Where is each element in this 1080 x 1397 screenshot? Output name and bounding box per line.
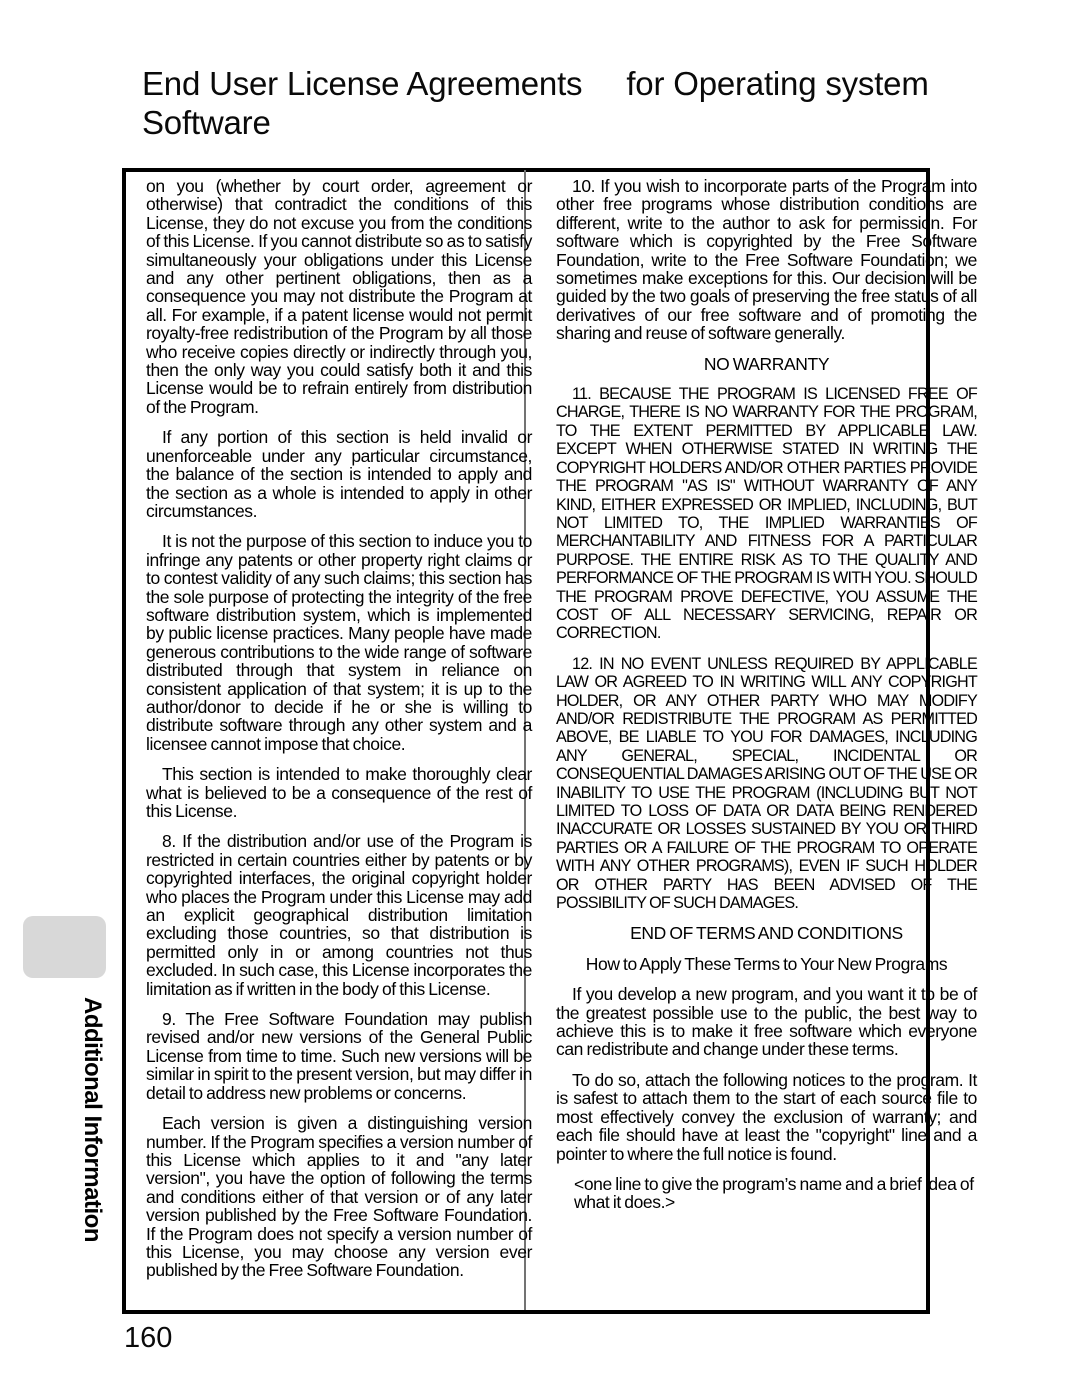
license-text-left-column: on you (whether by court order, agreemen… (146, 177, 532, 1292)
paragraph: 12. IN NO EVENT UNLESS REQUIRED BY APPLI… (556, 655, 977, 913)
paragraph: END OF TERMS AND CONDITIONS (556, 924, 977, 942)
page-title-line1: End User License Agreementsfor Operating… (142, 64, 929, 103)
page-title: End User License Agreementsfor Operating… (142, 64, 929, 142)
frame-bottom-rule (122, 1310, 930, 1314)
paragraph: If you develop a new program, and you wa… (556, 985, 977, 1059)
license-text-right-column: 10. If you wish to incorporate parts of … (556, 177, 977, 1224)
paragraph: To do so, attach the following notices t… (556, 1071, 977, 1163)
paragraph: 11. BECAUSE THE PROGRAM IS LICENSED FREE… (556, 385, 977, 643)
paragraph: It is not the purpose of this section to… (146, 532, 532, 753)
page-number: 160 (124, 1322, 172, 1355)
paragraph: This section is intended to make thoroug… (146, 765, 532, 820)
page-title-line2: Software (142, 103, 929, 142)
paragraph: Each version is given a distinguishing v… (146, 1114, 532, 1280)
paragraph: 10. If you wish to incorporate parts of … (556, 177, 977, 343)
paragraph: NO WARRANTY (556, 355, 977, 373)
paragraph: 8. If the distribution and/or use of the… (146, 832, 532, 998)
manual-page: { "header": { "title_part1": "End User L… (0, 0, 1080, 1397)
paragraph: How to Apply These Terms to Your New Pro… (556, 955, 977, 973)
frame-left-rule (122, 168, 126, 1314)
paragraph: If any portion of this section is held i… (146, 428, 532, 520)
paragraph: on you (whether by court order, agreemen… (146, 177, 532, 416)
page-title-part2: for Operating system (626, 65, 928, 102)
frame-top-rule (122, 168, 930, 172)
section-label-vertical: Additional Information (78, 997, 106, 1242)
page-title-part1: End User License Agreements (142, 65, 582, 102)
paragraph: 9. The Free Software Foundation may publ… (146, 1010, 532, 1102)
section-tab (23, 916, 106, 978)
paragraph: <one line to give the program’s name and… (556, 1175, 977, 1212)
